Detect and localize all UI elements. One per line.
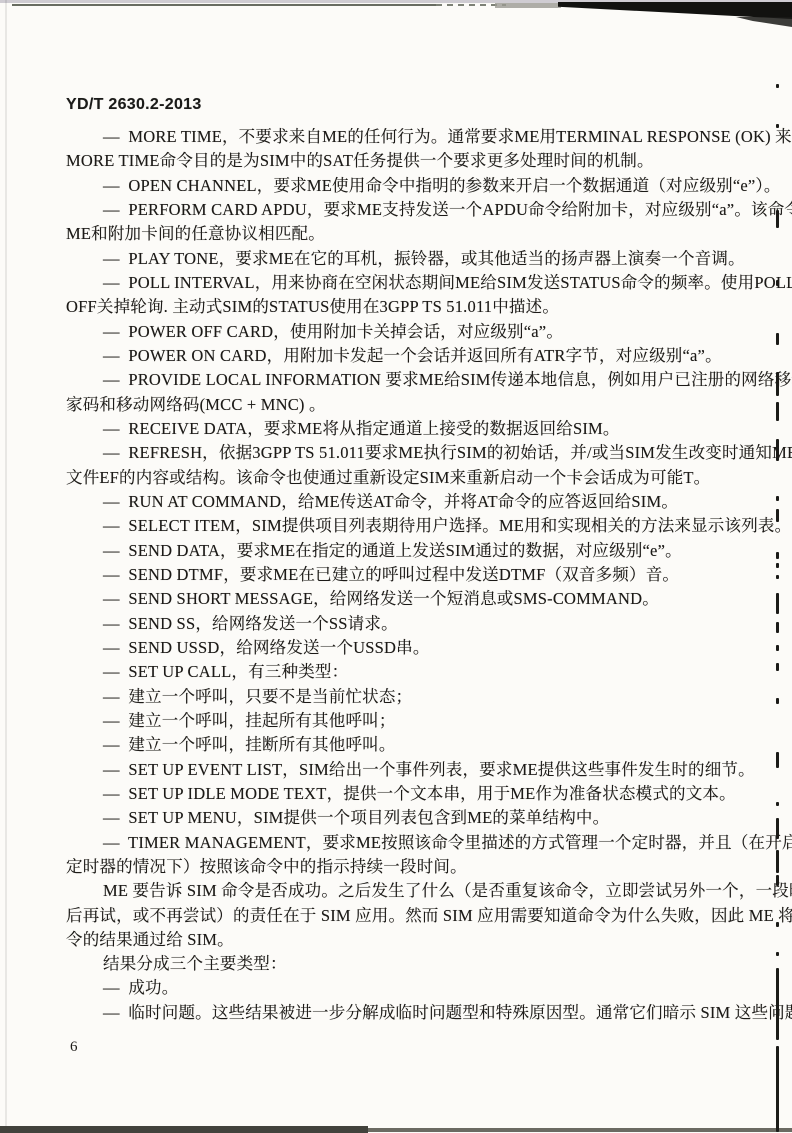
text-line: OFF关掉轮询. 主动式SIM的STATUS使用在3GPP TS 51.011中… <box>66 295 734 319</box>
text-line: — PLAY TONE，要求ME在它的耳机，振铃器，或其他适当的扬声器上演奏一个… <box>66 247 734 271</box>
scan-artifact-top-smudge <box>495 3 561 8</box>
text-line: — POWER OFF CARD，使用附加卡关掉会话，对应级别“a”。 <box>66 320 734 344</box>
scan-artifact-right-mark <box>776 663 779 671</box>
scan-artifact-right-mark <box>776 752 779 768</box>
text-line: — 成功。 <box>66 976 734 1000</box>
scan-artifact-top-right-streak <box>736 17 792 27</box>
document-header: YD/T 2630.2-2013 <box>66 96 202 114</box>
text-line: 结果分成三个主要类型： <box>66 952 734 976</box>
scan-artifact-right-mark <box>776 593 779 614</box>
text-line: — SET UP IDLE MODE TEXT，提供一个文本串，用于ME作为准备… <box>66 782 734 806</box>
scan-artifact-right-mark <box>776 952 779 956</box>
scan-artifact-right-mark <box>776 402 779 421</box>
scan-artifact-bottom-bar-left <box>0 1126 368 1133</box>
scan-artifact-right-mark <box>776 698 779 704</box>
scan-artifact-right-mark <box>776 333 779 345</box>
text-line: — RECEIVE DATA，要求ME将从指定通道上接受的数据返回给SIM。 <box>66 417 734 441</box>
text-line: — 建立一个呼叫，只要不是当前忙状态； <box>66 685 734 709</box>
text-line: — POLL INTERVAL，用来协商在空闲状态期间ME给SIM发送STATU… <box>66 271 734 295</box>
text-line: 后再试，或不再尝试）的责任在于 SIM 应用。然而 SIM 应用需要知道命令为什… <box>66 904 734 928</box>
text-line: — POWER ON CARD，用附加卡发起一个会话并返回所有ATR字节，对应级… <box>66 344 734 368</box>
scan-artifact-right-mark <box>776 622 779 633</box>
scan-artifact-right-mark <box>776 645 779 651</box>
scan-artifact-right-mark <box>776 552 779 559</box>
text-line: ME和附加卡间的任意协议相匹配。 <box>66 222 734 246</box>
text-line: — SELECT ITEM，SIM提供项目列表期待用户选择。ME用和实现相关的方… <box>66 514 734 538</box>
scan-artifact-right-mark <box>776 84 779 88</box>
page-content: — MORE TIME，不要求来自ME的任何行为。通常要求ME用TERMINAL… <box>66 125 734 1025</box>
text-line: — OPEN CHANNEL，要求ME使用命令中指明的参数来开启一个数据通道（对… <box>66 174 734 198</box>
scan-artifact-right-mark <box>776 850 779 873</box>
text-line: — SEND SHORT MESSAGE，给网络发送一个短消息或SMS-COMM… <box>66 587 734 611</box>
text-line: — RUN AT COMMAND，给ME传送AT命令，并将AT命令的应答返回给S… <box>66 490 734 514</box>
text-line: ME 要告诉 SIM 命令是否成功。之后发生了什么（是否重复该命令，立即尝试另外… <box>66 879 734 903</box>
text-line: — TIMER MANAGEMENT，要求ME按照该命令里描述的方式管理一个定时… <box>66 831 734 855</box>
text-line: — 建立一个呼叫，挂断所有其他呼叫。 <box>66 733 734 757</box>
scan-artifact-top-right-wedge <box>558 2 792 19</box>
text-line: — SET UP MENU，SIM提供一个项目列表包含到ME的菜单结构中。 <box>66 806 734 830</box>
text-line: 定时器的情况下）按照该命令中的指示持续一段时间。 <box>66 855 734 879</box>
scan-artifact-top-line <box>12 4 436 6</box>
scan-artifact-right-mark <box>776 575 779 579</box>
text-line: — 建立一个呼叫，挂起所有其他呼叫； <box>66 709 734 733</box>
scan-artifact-right-mark <box>776 496 779 501</box>
text-line: — SET UP EVENT LIST，SIM给出一个事件列表，要求ME提供这些… <box>66 758 734 782</box>
text-line: 文件EF的内容或结构。该命令也使通过重新设定SIM来重新启动一个卡会话成为可能T… <box>66 466 734 490</box>
text-line: — PROVIDE LOCAL INFORMATION 要求ME给SIM传递本地… <box>66 368 734 392</box>
text-line: — SEND DTMF，要求ME在已建立的呼叫过程中发送DTMF（双音多频）音。 <box>66 563 734 587</box>
page-number: 6 <box>70 1038 78 1056</box>
text-line: — 临时问题。这些结果被进一步分解成临时问题型和特殊原因型。通常它们暗示 SIM… <box>66 1001 734 1025</box>
text-line: — SEND DATA，要求ME在指定的通道上发送SIM通过的数据，对应级别“e… <box>66 539 734 563</box>
text-line: — SEND USSD，给网络发送一个USSD串。 <box>66 636 734 660</box>
text-line: — SET UP CALL，有三种类型： <box>66 660 734 684</box>
scanned-document-page: YD/T 2630.2-2013 — MORE TIME，不要求来自ME的任何行… <box>0 0 792 1133</box>
text-line: 令的结果通过给 SIM。 <box>66 928 734 952</box>
scan-artifact-right-mark <box>776 1046 779 1132</box>
text-line: MORE TIME命令目的是为SIM中的SAT任务提供一个要求更多处理时间的机制… <box>66 149 734 173</box>
scan-artifact-right-mark <box>776 802 779 806</box>
text-line: — SEND SS，给网络发送一个SS请求。 <box>66 612 734 636</box>
text-line: — REFRESH，依据3GPP TS 51.011要求ME执行SIM的初始话，… <box>66 441 734 465</box>
scan-artifact-right-mark <box>776 563 779 568</box>
text-line: — MORE TIME，不要求来自ME的任何行为。通常要求ME用TERMINAL… <box>66 125 734 149</box>
scan-artifact-left-edge <box>5 0 7 1133</box>
scan-artifact-bottom-bar-right <box>368 1128 792 1132</box>
text-line: 家码和移动网络码(MCC + MNC) 。 <box>66 393 734 417</box>
text-line: — PERFORM CARD APDU，要求ME支持发送一个APDU命令给附加卡… <box>66 198 734 222</box>
